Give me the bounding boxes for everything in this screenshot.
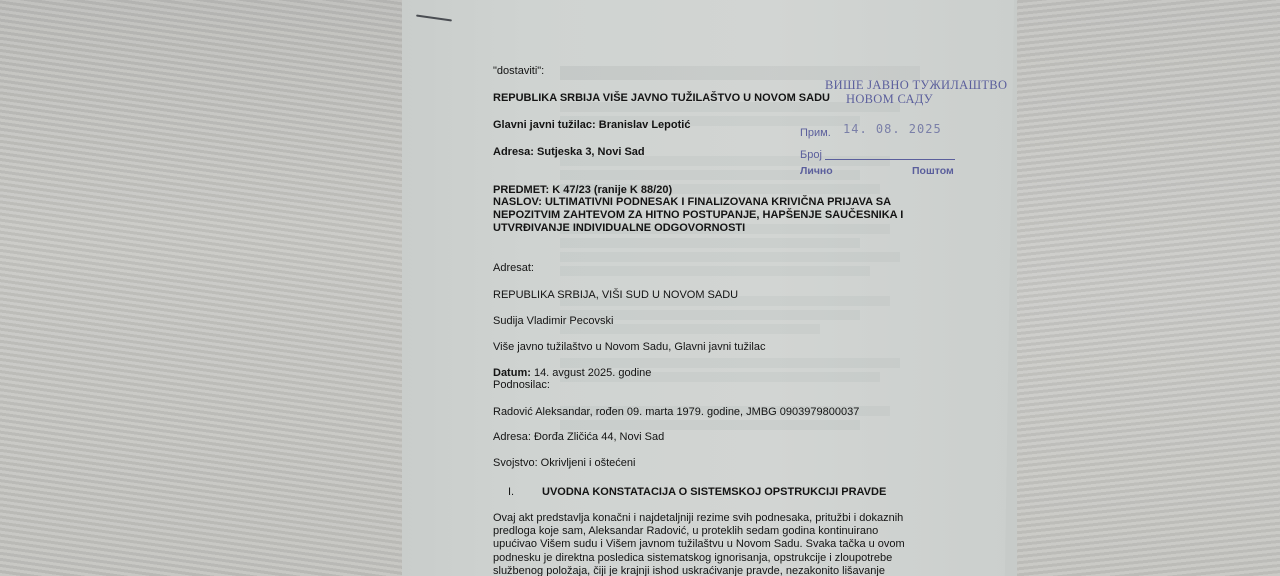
stamp-by-mail-label: Поштом xyxy=(912,165,954,177)
fabric-background-left xyxy=(0,0,402,576)
case-number: PREDMET: K 47/23 (ranije K 88/20) xyxy=(493,184,672,196)
date-label: Datum: xyxy=(493,367,531,379)
paragraph-line: službenog položaja, čiji je krajnji isho… xyxy=(493,565,918,576)
stamp-received-label: Прим. xyxy=(800,127,831,139)
date-line: Datum: 14. avgust 2025. godine xyxy=(493,367,651,379)
chief-prosecutor: Glavni javni tužilac: Branislav Lepotić xyxy=(493,119,690,131)
submitter-info: Radović Aleksandar, rođen 09. marta 1979… xyxy=(493,406,859,418)
date-value: 14. avgust 2025. godine xyxy=(531,367,651,379)
recipient-header: REPUBLIKA SRBIJA VIŠE JAVNO TUŽILAŠTVO U… xyxy=(493,92,830,104)
capacity: Svojstvo: Okrivljeni i oštećeni xyxy=(493,457,635,469)
addressee-label: Adresat: xyxy=(493,262,534,274)
intro-paragraph: Ovaj akt predstavlja konačni i najdetalj… xyxy=(493,512,918,576)
paragraph-line: podnesku je direktna posledica sistemats… xyxy=(493,552,918,565)
paragraph-line: Ovaj akt predstavlja konačni i najdetalj… xyxy=(493,512,918,525)
court-name: REPUBLIKA SRBIJA, VIŠI SUD U NOVOM SADU xyxy=(493,289,738,301)
stamp-office-line1: ВИШЕ ЈАВНО ТУЖИЛАШТВО xyxy=(825,78,1007,93)
stamp-in-person-label: Лично xyxy=(800,165,833,177)
submitter-address: Adresa: Đorđa Zličića 44, Novi Sad xyxy=(493,431,664,443)
paragraph-line: upućivao Višem sudu i Višem javnom tužil… xyxy=(493,538,918,551)
section-number: I. xyxy=(508,486,514,498)
title-line-2: NEPOZITVIM ZAHTEVOM ZA HITNO POSTUPANJE,… xyxy=(493,209,903,221)
stamp-number-line xyxy=(825,159,955,160)
stamp-number-label: Број xyxy=(800,149,822,161)
stamp-received-date: 14. 08. 2025 xyxy=(843,122,942,136)
stamp-office-line2: НОВОМ САДУ xyxy=(846,92,933,107)
title-line-3: UTVRĐIVANJE INDIVIDUALNE ODGOVORNOSTI xyxy=(493,222,745,234)
fabric-background-right xyxy=(1015,0,1280,576)
deliver-label: "dostaviti": xyxy=(493,65,544,77)
section-title: UVODNA KONSTATACIJA O SISTEMSKOJ OPSTRUK… xyxy=(542,486,886,498)
prosecution-office: Više javno tužilaštvo u Novom Sadu, Glav… xyxy=(493,341,766,353)
judge-name: Sudija Vladimir Pecovski xyxy=(493,315,613,327)
submitter-label: Podnosilac: xyxy=(493,379,550,391)
title-line-1: NASLOV: ULTIMATIVNI PODNESAK I FINALIZOV… xyxy=(493,196,891,208)
paragraph-line: predloga koje sam, Aleksandar Radović, u… xyxy=(493,525,918,538)
recipient-address: Adresa: Sutjeska 3, Novi Sad xyxy=(493,146,645,158)
